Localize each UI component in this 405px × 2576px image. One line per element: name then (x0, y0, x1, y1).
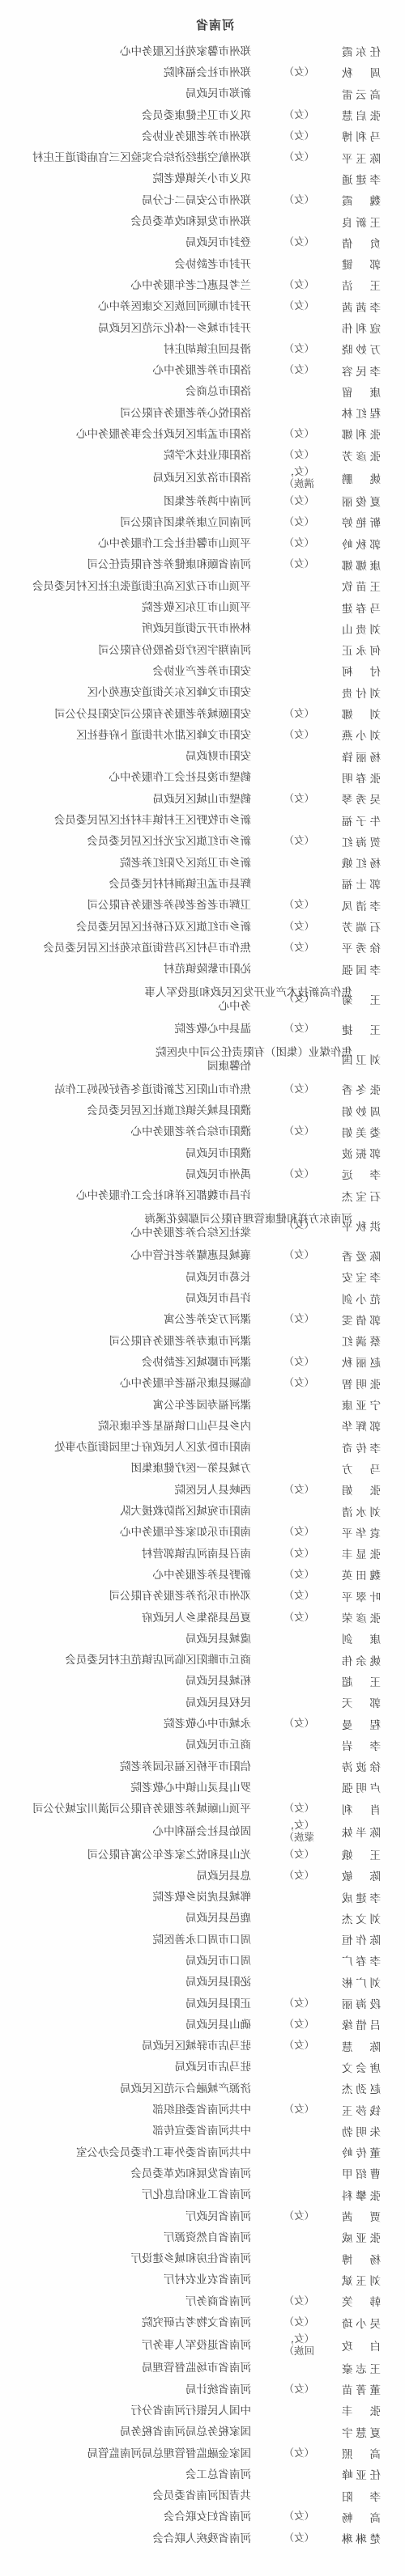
person-name: 吕惜缘 (342, 2016, 381, 2032)
organization: 濮阳市民政局 (185, 1146, 251, 1160)
person-name: 李建通 (342, 171, 381, 187)
gender-note: （女） (267, 1484, 314, 1496)
gender-note: （女） (267, 537, 314, 549)
list-item: 李岩 商丘市民政局 (0, 1735, 405, 1756)
list-item: 康留 洛阳市总商会 (0, 381, 405, 402)
person-name: 周秋 (342, 64, 381, 80)
list-item: 张丰 中国人民银行河南省分行 (0, 2400, 405, 2421)
list-item: 李传奇 南阳市卧龙区人民政府七里园街道办事处 (0, 1437, 405, 1458)
person-name: 夏慧宇 (342, 2424, 381, 2440)
list-item: 陈敏 （女） 息县民政局 (0, 1865, 405, 1886)
gender-note: （女） (267, 2210, 314, 2222)
list-item: 郭士福 辉县市孟庄镇涧村村民委员会 (0, 873, 405, 894)
person-name: 高云雷 (342, 86, 381, 102)
list-item: 康剑 虞城县民政局 (0, 1628, 405, 1649)
person-name: 贺海红 (342, 833, 381, 849)
list-item: 高畅 （女） 河南省妇女联合会 (0, 2506, 405, 2527)
person-name: 李国强 (342, 961, 381, 977)
person-name: 张明智 (342, 1375, 381, 1392)
person-name: 杨博 (342, 2251, 381, 2267)
person-name: 姚鹏 (342, 470, 381, 486)
person-name: 陈半妹 (342, 1824, 381, 1840)
gender-note: （女） (267, 729, 314, 741)
gender-note: （女） (267, 449, 314, 461)
list-item: 郭秋岭 （女） 平顶山市馨佳社会工作服务中心 (0, 533, 405, 554)
gender-note: （女） (267, 2104, 314, 2116)
organization: 南阳市卧龙区人民政府七里园街道办事处 (54, 1440, 251, 1454)
organization: 焦作市马村区冯营街道东苑社区居民委员会 (44, 941, 252, 955)
person-name: 卢明强 (342, 1779, 381, 1795)
list-item: 赵丽秋 （女） 漯河市郾城区老龄协会 (0, 1351, 405, 1372)
organization: 柘城县民政局 (185, 1674, 251, 1688)
list-item: 王新良 郑州市发展和改革委员会 (0, 210, 405, 231)
organization: 驻马店市民政局 (175, 2060, 252, 2074)
list-item: 徐波涛 信阳市平桥区福乐园养老院 (0, 1756, 405, 1777)
organization: 信阳市平桥区福乐园养老院 (120, 1760, 251, 1773)
organization: 郑州市社会福利院 (164, 66, 251, 79)
list-item: 郭键 开封市老龄协会 (0, 253, 405, 274)
person-name: 贠倩 (342, 235, 381, 251)
person-name: 石端芳 (342, 918, 381, 934)
list-item: 袁华平 （女） 南阳市乐如家老年服务中心 (0, 1522, 405, 1543)
list-item: 郭辉华 内乡县马山口镇福星老年康乐院 (0, 1415, 405, 1436)
list-item: 任亚峰 河南省总工会 (0, 2464, 405, 2485)
person-name: 康留 (342, 383, 381, 400)
list-item: 白玫 （女，回族） 河南省退役军人事务厅 (0, 2333, 405, 2358)
organization: 郑州市发展和改革委员会 (131, 214, 252, 228)
list-item: 魏田英 （女） 新野县养老服务中心 (0, 1564, 405, 1585)
list-item: 程曼 （女） 永城市中心敬老院 (0, 1713, 405, 1734)
person-name: 刘娜 (342, 705, 381, 722)
list-item: 肖利 （女） 平顶山颐城养老服务有限公司潢川定城分公司 (0, 1799, 405, 1820)
person-name: 刘水清 (342, 1503, 381, 1519)
list-item: 寇利伟 开封市城乡一体化示范区民政局 (0, 317, 405, 338)
person-name: 郭士福 (342, 875, 381, 892)
person-name: 李民容 (342, 362, 381, 379)
organization: 西峡县人民医院 (175, 1483, 252, 1497)
person-name: 陈玉平 (342, 150, 381, 166)
person-name: 何永正 (342, 642, 381, 658)
list-item: 贠倩 （女） 登封市民政局 (0, 232, 405, 253)
organization: 河南翔宇医疗设备股份有限公司 (98, 643, 251, 657)
list-item: 张春明 鹤壁市浚县社会工作服务中心 (0, 767, 405, 788)
organization: 河南省残疾人联合会 (153, 2532, 252, 2545)
list-item: 李建通 巩义市小关镇敬老院 (0, 168, 405, 189)
list-item: 董传岭 中共河南省委外事工作委员会办公室 (0, 2142, 405, 2163)
gender-note: （女） (267, 130, 314, 142)
person-name: 王苗钦 (342, 578, 381, 594)
list-item: 陈作恒 周口市周口永善医院 (0, 1929, 405, 1950)
organization: 河南省民政厅 (185, 2210, 251, 2223)
organization: 焦作高新技术产业开发区民政和退役军人事务中心 (145, 985, 252, 1013)
organization: 郑州航空港经济综合实验区三官庙街道王庄村 (32, 150, 251, 164)
organization: 林州市开元街道民政所 (142, 621, 251, 635)
person-name: 董菁苗 (342, 2381, 381, 2397)
list-item: 段海丽 （女） 正阳县民政局 (0, 1993, 405, 2014)
organization: 焦作市山阳区艺新街道冬香好妈妈工作站 (54, 1083, 251, 1096)
organization: 邓州市乐济养老服务有限公司 (109, 1589, 252, 1603)
list-item: 刘付贵 安阳市文峰区东关街道安惠苑小区 (0, 682, 405, 703)
organization: 洛阳市洛龙区民政局 (153, 471, 252, 485)
person-name: 程曼 (342, 1716, 381, 1732)
organization: 息县民政局 (197, 1869, 252, 1883)
organization: 河南同立康养集团有限公司 (120, 515, 251, 529)
list-item: 张冬香 （女） 焦作市山阳区艺新街道冬香好妈妈工作站 (0, 1078, 405, 1099)
list-item: 李清凤 （女） 卫辉市老爸老妈养老服务有限公司 (0, 895, 405, 916)
list-item: 陈慧 （女） 驻马店市驿城区民政局 (0, 2036, 405, 2057)
list-item: 赵劲杰 济源产城融合示范区民政局 (0, 2078, 405, 2099)
roster-list: 任东霞 郑州市馨家苑社区服务中心 周秋 （女） 郑州市社会福利院 高云雷 新郑市… (0, 40, 405, 2548)
person-name: 唐会文 (342, 2059, 381, 2075)
organization: 洛阳市养老服务中心 (153, 363, 252, 377)
person-name: 张彦芳 (342, 447, 381, 464)
list-item: 陈玉平 （女） 郑州航空港经济综合实验区三官庙街道王庄村 (0, 146, 405, 167)
person-name: 魏霞 (342, 192, 381, 208)
organization: 河南省农业农村厅 (164, 2273, 251, 2286)
organization: 许昌市民政局 (185, 1291, 251, 1305)
list-item: 蔡满红 漯河市康寿养老服务有限公司 (0, 1330, 405, 1351)
person-name: 张启慧 (342, 107, 381, 123)
organization: 焦作煤业（集团）有限责任公司中央医院怡馨康园 (156, 1045, 251, 1073)
list-item: 石宝杰 许昌市魏都区祥和社会工作服务中心 (0, 1185, 405, 1206)
list-item: 石端芳 （女） 新乡市红旗区双石桥社区居民委员会 (0, 916, 405, 937)
person-name: 王超 (342, 1673, 381, 1689)
organization: 新郑市民政局 (185, 87, 251, 100)
list-item: 康娜娜 （女） 河南省颐和康健养老有限责任公司 (0, 554, 405, 575)
gender-note: （女） (267, 236, 314, 248)
organization: 沁阳市紫陵镇范村 (164, 962, 251, 976)
list-item: 韩笑 （女） 河南省商务厅 (0, 2290, 405, 2311)
organization: 平顶山颐城养老服务有限公司潢川定城分公司 (32, 1802, 251, 1815)
organization: 平顶山市馨佳社会工作服务中心 (98, 536, 251, 550)
person-name: 李建成 (342, 1889, 381, 1905)
person-name: 李远 (342, 1166, 381, 1182)
list-item: 马春建 平顶山市卫东区敬老院 (0, 596, 405, 617)
organization: 濮阳市综合养老服务中心 (131, 1125, 252, 1138)
list-item: 王菊 （女） 焦作高新技术产业开发区民政和退役军人事务中心 (0, 980, 405, 1019)
list-item: 周秋 （女） 郑州市社会福利院 (0, 61, 405, 83)
organization: 鹿邑县民政局 (185, 1911, 251, 1925)
organization: 漯河市郾城区老龄协会 (142, 1355, 251, 1369)
list-item: 张亚威 河南省自然资源厅 (0, 2226, 405, 2248)
list-item: 杨丽锋 安阳市财政局 (0, 746, 405, 767)
organization: 郑州市养老服务业协会 (142, 129, 251, 143)
person-name: 刘贵山 (342, 621, 381, 637)
organization: 共青团河南省委员会 (153, 2489, 252, 2502)
organization: 巩义市小关镇敬老院 (153, 172, 252, 185)
organization: 河南省工业和信息化厅 (142, 2188, 251, 2201)
person-name: 段海丽 (342, 1995, 381, 2011)
gender-note: （女） (267, 1356, 314, 1368)
person-name: 靳艳婷 (342, 514, 381, 530)
organization: 河南东方祥和健康管理有限公司鄢陵花溪海棠社区综合养老服务中心 (131, 1212, 252, 1239)
organization: 安阳市养老产业协会 (153, 664, 252, 678)
list-item: 刘文杰 鹿邑县民政局 (0, 1908, 405, 1929)
list-item: 张娟 （女） 西峡县人民医院 (0, 1479, 405, 1500)
list-item: 宁亚康 漯河福寿园老年公寓 (0, 1394, 405, 1415)
organization: 南召县南河店镇郭营村 (142, 1547, 251, 1561)
gender-note: （女） (267, 1083, 314, 1095)
list-item: 刘小燕 （女） 安阳市文峰区甜水井街道卜府巷社区 (0, 724, 405, 745)
gender-note: （女） (267, 1023, 314, 1035)
list-item: 张启慧 （女） 巩义市卫生健康委员会 (0, 104, 405, 125)
person-name: 高畅 (342, 2509, 381, 2525)
organization: 固始县社会福利中心 (153, 1824, 252, 1838)
organization: 新野县养老服务中心 (153, 1568, 252, 1582)
gender-note: （女） (267, 921, 314, 933)
person-name: 康娜娜 (342, 557, 381, 573)
organization: 河南省统计局 (185, 2383, 251, 2396)
person-name: 刘小燕 (342, 727, 381, 743)
person-name: 张攀科 (342, 2187, 381, 2203)
gender-note: （女） (267, 835, 314, 847)
list-item: 吴秀琴 （女） 鹤壁市山城区民政局 (0, 788, 405, 809)
list-item: 娄美娟 （女） 濮阳市综合养老服务中心 (0, 1121, 405, 1142)
person-name: 万妙晓 (342, 341, 381, 357)
list-item: 刘玉斌 河南省农业农村厅 (0, 2269, 405, 2290)
person-name: 郭天 (342, 1694, 381, 1710)
organization: 平顶山市卫东区敬老院 (142, 600, 251, 614)
person-name: 张春明 (342, 769, 381, 786)
list-item: 张显丰 （女） 南召县南河店镇郭营村 (0, 1543, 405, 1564)
list-item: 王超 柘城县民政局 (0, 1671, 405, 1692)
organization: 河南省退役军人事务厅 (142, 2338, 251, 2352)
person-name: 郭秋岭 (342, 536, 381, 552)
organization: 河南省市场监督管理局 (142, 2361, 251, 2375)
organization: 河南中鸿养老集团 (164, 494, 251, 508)
list-item: 李春广 周口市民政局 (0, 1950, 405, 1971)
list-item: 马方 方城县第一医疗健康集团 (0, 1458, 405, 1479)
gender-note: （女） (267, 2447, 314, 2459)
list-item: 卢明强 罗山县灵山镇中心敬老院 (0, 1777, 405, 1798)
organization: 漯河万安养老公寓 (164, 1312, 251, 1326)
organization: 驻马店市驿城区民政局 (142, 2039, 251, 2053)
list-item: 杨博 河南省住房和城乡建设厅 (0, 2248, 405, 2269)
gender-note: （女） (267, 1849, 314, 1861)
list-item: 吕惜缘 （女） 确山县民政局 (0, 2014, 405, 2035)
organization: 禹州市民政局 (185, 1167, 251, 1181)
person-name: 张娟 (342, 1481, 381, 1498)
gender-note: （女） (267, 495, 314, 507)
gender-note: （女） (267, 66, 314, 78)
gender-note: （女） (267, 1313, 314, 1325)
list-item: 洪秋平 （女） 河南东方祥和健康管理有限公司鄢陵花溪海棠社区综合养老服务中心 (0, 1206, 405, 1245)
person-name: 陈敏 (342, 1867, 381, 1883)
organization: 新乡市红旗区定光社区居民委员会 (87, 834, 252, 848)
gender-note: （女） (267, 2532, 314, 2544)
list-item: 王娥 （女） 光山县和悦之家老年公寓有限公司 (0, 1844, 405, 1865)
organization: 洛阳悦心养老服务有限公司 (120, 406, 251, 420)
organization: 洛阳市总商会 (185, 384, 251, 398)
person-name: 寇利伟 (342, 320, 381, 336)
person-name: 王娥 (342, 1846, 381, 1862)
organization: 夏邑县骆集乡人民政府 (142, 1611, 251, 1625)
person-name: 杨红娥 (342, 854, 381, 871)
gender-note: （女，蒙族） (267, 1820, 314, 1844)
gender-note: （女） (267, 1870, 314, 1882)
organization: 新乡市卫滨区夕阳红养老院 (120, 856, 251, 870)
list-item: 付柯 安阳市养老产业协会 (0, 660, 405, 681)
organization: 周口市周口永善医院 (153, 1933, 252, 1947)
person-name: 董传岭 (342, 2144, 381, 2160)
person-name: 贾茜 (342, 2208, 381, 2224)
list-item: 牛子福 新乡市牧野区王村镇丰村社区居民委员会 (0, 809, 405, 830)
person-name: 李宝安 (342, 1269, 381, 1285)
list-item: 刘贵山 林州市开元街道民政所 (0, 618, 405, 639)
person-name: 程红林 (342, 405, 381, 421)
list-item: 张明智 （女） 临颍县康乐福老年服务中心 (0, 1373, 405, 1394)
person-name: 马春建 (342, 600, 381, 616)
organization: 方城县第一医疗健康集团 (131, 1461, 252, 1475)
list-item: 郭倩雯 （女） 漯河万安养老公寓 (0, 1309, 405, 1330)
person-name: 付柯 (342, 663, 381, 679)
person-name: 王志豪 (342, 2360, 381, 2376)
list-item: 郭天 民权县民政局 (0, 1692, 405, 1713)
organization: 周口市民政局 (185, 1954, 251, 1968)
organization: 巩义市卫生健康委员会 (142, 108, 251, 122)
person-name: 范小剑 (342, 1290, 381, 1307)
list-item: 曹绍甲 河南省发展和改革委员会 (0, 2163, 405, 2184)
gender-note: （女） (267, 1612, 314, 1624)
gender-note: （女） (267, 899, 314, 911)
list-item: 刘卫国 焦作煤业（集团）有限责任公司中央医院怡馨康园 (0, 1040, 405, 1078)
organization: 鹤壁市浚县社会工作服务中心 (109, 770, 252, 784)
list-item: 李宝安 长葛市民政局 (0, 1266, 405, 1287)
organization: 临颍县康乐福老年服务中心 (120, 1376, 251, 1390)
person-name: 韩笑 (342, 2293, 381, 2309)
person-name: 陈作恒 (342, 1931, 381, 1947)
organization: 罗山县灵山镇中心敬老院 (131, 1781, 252, 1794)
gender-note: （女） (267, 300, 314, 312)
person-name: 康剑 (342, 1630, 381, 1646)
list-item: 刘娜 （女） 安阳颐城养老服务有限公司安阳县分公司 (0, 703, 405, 724)
gender-note: （女） (267, 1526, 314, 1538)
person-name: 白玫 (342, 2337, 381, 2354)
person-name: 叶翠平 (342, 1588, 381, 1604)
gender-note: （女） (267, 942, 314, 954)
list-item: 唐会文 驻马店市民政局 (0, 2057, 405, 2078)
section-title: 河南省 (24, 16, 405, 33)
list-item: 董菁苗 （女） 河南省统计局 (0, 2379, 405, 2400)
person-name: 朱明勃 (342, 2123, 381, 2139)
organization: 漯河福寿园老年公寓 (153, 1398, 252, 1412)
organization: 河南省住房和城乡建设厅 (131, 2252, 252, 2265)
gender-note: （女） (267, 279, 314, 291)
organization: 商丘市民政局 (185, 1738, 251, 1752)
list-item: 陈爱香 （女） 襄城县惠耀养老托管中心 (0, 1245, 405, 1266)
organization: 鹤壁市山城区民政局 (153, 792, 252, 806)
organization: 长葛市民政局 (185, 1270, 251, 1284)
gender-note: （女） (267, 1168, 314, 1180)
list-item: 夏俊丽 （女） 河南中鸿养老集团 (0, 490, 405, 511)
gender-note: （女，回族） (267, 2333, 314, 2358)
list-item: 高云雷 新郑市民政局 (0, 83, 405, 104)
list-item: 周妙娟 濮阳县城关镇红旗社区居民委员会 (0, 1099, 405, 1121)
organization: 正阳县民政局 (185, 1997, 251, 2010)
person-name: 李茜茜 (342, 299, 381, 315)
person-name: 魏田英 (342, 1566, 381, 1582)
list-item: 陈半妹 （女，蒙族） 固始县社会福利中心 (0, 1820, 405, 1844)
person-name: 钱莎玉 (342, 2102, 381, 2118)
list-item: 李远 （女） 禹州市民政局 (0, 1163, 405, 1184)
organization: 确山县民政局 (185, 2018, 251, 2032)
list-item: 李国强 沁阳市紫陵镇范村 (0, 958, 405, 979)
organization: 洛阳市孟津区民政社会事务服务中心 (76, 427, 251, 441)
organization: 河南省文物考古研究院 (142, 2315, 251, 2329)
organization: 开封市老龄协会 (175, 257, 252, 271)
gender-note: （女） (267, 1125, 314, 1138)
gender-note: （女） (267, 708, 314, 720)
list-item: 李茜茜 （女） 开封市顺河回族区交康医养中心 (0, 296, 405, 317)
list-item: 程红林 洛阳悦心养老服务有限公司 (0, 402, 405, 423)
gender-note: （女） (267, 793, 314, 805)
person-name: 刘付贵 (342, 684, 381, 701)
gender-note: （女） (267, 2040, 314, 2052)
list-item: 楚琳琳 （女） 河南省残疾人联合会 (0, 2527, 405, 2548)
organization: 安阳市财政局 (185, 749, 251, 763)
list-item: 姚鹏 （女，满族） 洛阳市洛龙区民政局 (0, 466, 405, 490)
person-name: 李阳 (342, 2488, 381, 2504)
person-name: 夏俊丽 (342, 493, 381, 509)
list-item: 王捷 （女） 温县中心敬老院 (0, 1019, 405, 1040)
list-item: 高照 （女） 国家金融监督管理总局河南监管局 (0, 2443, 405, 2464)
gender-note: （女） (267, 1377, 314, 1389)
person-name: 徐波涛 (342, 1758, 381, 1774)
list-item: 吴小琦 （女） 河南省文物考古研究院 (0, 2311, 405, 2332)
person-name: 马方 (342, 1460, 381, 1477)
organization: 河南省总工会 (185, 2468, 251, 2481)
organization: 辉县市孟庄镇涧村村民委员会 (109, 877, 252, 891)
gender-note: （女） (267, 2383, 314, 2396)
gender-note: （女） (267, 343, 314, 355)
organization: 郑州市馨家苑社区服务中心 (120, 44, 251, 58)
organization: 内乡县马山口镇福星老年康乐院 (98, 1419, 251, 1433)
person-name: 石宝杰 (342, 1188, 381, 1204)
list-item: 朱明勃 中共河南省委宣传部 (0, 2121, 405, 2142)
list-item: 何永正 河南翔宇医疗设备股份有限公司 (0, 639, 405, 660)
gender-note: （女） (267, 1569, 314, 1581)
person-name: 吴小琦 (342, 2315, 381, 2331)
list-item: 叶翠平 （女） 邓州市乐济养老服务有限公司 (0, 1586, 405, 1607)
organization: 河南省自然资源厅 (164, 2231, 251, 2244)
list-item: 魏霞 （女） 郑州市公安局二七分局 (0, 189, 405, 210)
person-name: 杨丽锋 (342, 748, 381, 765)
person-name: 任东霞 (342, 43, 381, 59)
organization: 济源产城融合示范区民政局 (120, 2082, 251, 2095)
person-name: 任亚峰 (342, 2466, 381, 2482)
organization: 国家金融监督管理总局河南监管局 (87, 2447, 252, 2460)
organization: 永城市中心敬老院 (164, 1717, 251, 1731)
person-name: 郭键 (342, 256, 381, 272)
person-name: 刘玉斌 (342, 2272, 381, 2288)
organization: 温县中心敬老院 (175, 1022, 252, 1036)
person-name: 郭辉华 (342, 1417, 381, 1434)
list-item: 王苗钦 平顶山市石龙区高庄街道张庄社区村民委员会 (0, 575, 405, 596)
list-item: 李建成 郸城县虎岗乡敬老院 (0, 1886, 405, 1907)
organization: 河南省妇女联合会 (164, 2510, 251, 2523)
gender-note: （女） (267, 2510, 314, 2523)
list-item: 马利博 （女） 郑州市养老服务业协会 (0, 125, 405, 146)
organization: 登封市民政局 (185, 235, 251, 249)
list-item: 贾茜 （女） 河南省民政厅 (0, 2205, 405, 2226)
gender-note: （女） (267, 151, 314, 163)
list-item: 张攀科 河南省工业和信息化厅 (0, 2184, 405, 2205)
organization: 平顶山市石龙区高庄街道张庄社区村民委员会 (32, 579, 251, 593)
organization: 襄城县惠耀养老托管中心 (131, 1248, 252, 1262)
list-item: 任东霞 郑州市馨家苑社区服务中心 (0, 40, 405, 61)
organization: 开封市城乡一体化示范区民政局 (98, 321, 251, 335)
person-name: 郭振波 (342, 1145, 381, 1161)
